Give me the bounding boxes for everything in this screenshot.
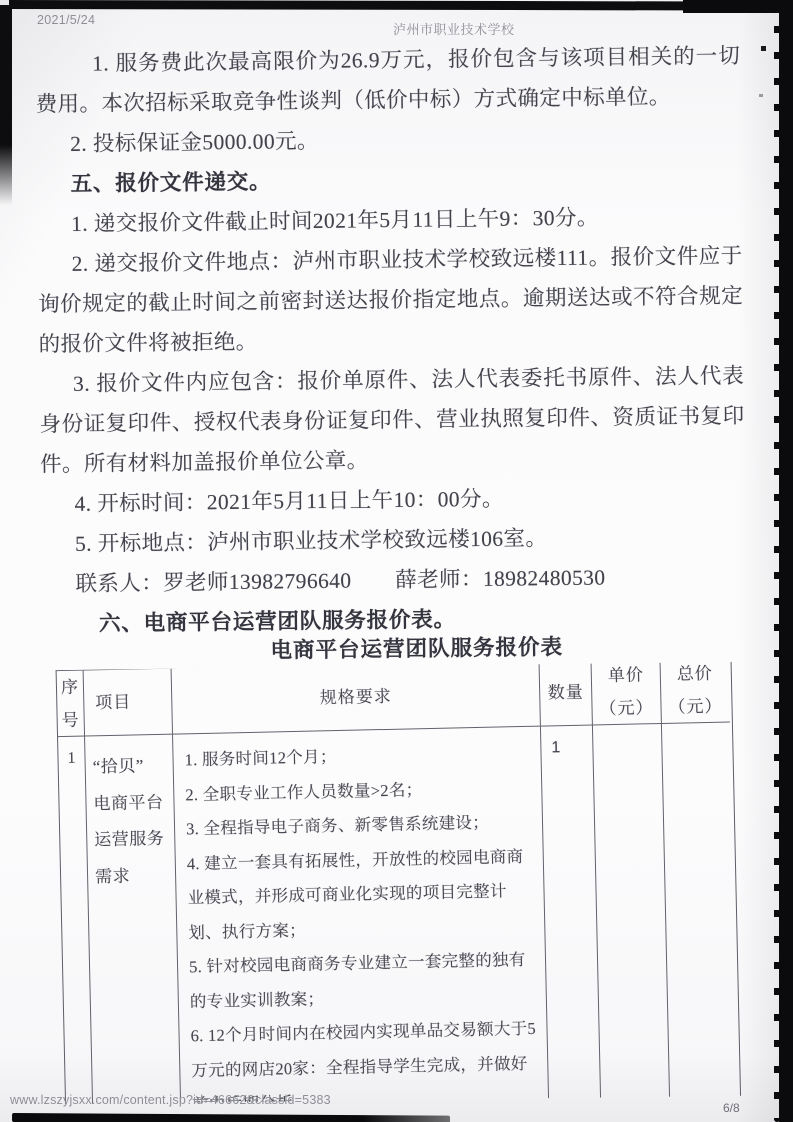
print-footer-url: www.lzszyjsxx.com/content.jsp?id=46662&c…: [10, 1093, 331, 1107]
row1-spec-item4: 4. 建立一套具有拓展性，开放性的校园电商商业模式，并形成可商业化实现的项目完整…: [186, 839, 536, 950]
row1-spec-item6: 6. 12个月时间内在校园内实现单品交易额大于5万元的网店20家：全程指导学生完…: [190, 1012, 540, 1105]
row1-item-line1: “拾贝”: [92, 748, 168, 786]
col-header-item-label: 项目: [95, 687, 132, 718]
document-body: 1. 服务费此次最高限价为26.9万元，报价包含与该项目相关的一切费用。本次招标…: [35, 36, 747, 645]
col-header-unit-price-line1: 单价: [607, 661, 644, 691]
col-header-item: 项目: [84, 669, 173, 737]
col-header-total-price-line1: 总价: [676, 661, 713, 690]
col-header-spec-label: 规格要求: [319, 681, 392, 713]
row1-spec: 1. 服务时间12个月； 2. 全职专业工作人员数量>2名； 3. 全程指导电子…: [173, 727, 549, 1105]
col-header-seq-line2: 号: [61, 703, 80, 736]
col-header-qty-label: 数量: [547, 677, 584, 708]
clause-submission-place: 2. 递交报价文件地点：泸州市职业技术学校致远楼111。报价文件应于询价规定的截…: [37, 236, 743, 365]
scan-content-layer: 1. 服务费此次最高限价为26.9万元，报价包含与该项目相关的一切费用。本次招标…: [0, 0, 793, 1122]
col-header-seq: 序 号: [57, 671, 85, 738]
row1-item-line3: 运营服务: [94, 821, 170, 859]
scanned-document-page: 2021/5/24 泸州市职业技术学校 1. 服务费此次最高限价为26.9万元，…: [0, 0, 793, 1122]
row1-item: “拾贝” 电商平台 运营服务 需求: [85, 735, 181, 1105]
col-header-unit-price-line2: （元）: [599, 691, 654, 725]
row1-item-line2: 电商平台: [93, 784, 169, 822]
col-header-total-price: 总价 （元）: [660, 661, 729, 724]
col-header-spec: 规格要求: [172, 661, 541, 734]
row1-spec-item5: 5. 针对校园电商商务专业建立一套完整的独有的专业实训教案；: [189, 943, 538, 1020]
quote-table-clip: 序 号 项目 规格要求 数量 单价 （元） 总价 （元）: [1, 661, 793, 1105]
quote-table: 序 号 项目 规格要求 数量 单价 （元） 总价 （元）: [56, 661, 742, 1105]
col-header-seq-line1: 序: [61, 670, 80, 703]
clause-document-contents: 3. 报价文件内应包含：报价单原件、法人代表委托书原件、法人代表身份证复印件、授…: [39, 356, 745, 485]
clause-service-fee: 1. 服务费此次最高限价为26.9万元，报价包含与该项目相关的一切费用。本次招标…: [35, 36, 741, 125]
col-header-qty: 数量: [539, 661, 592, 726]
row1-unit-price: [593, 724, 670, 1105]
col-header-total-price-line2: （元）: [668, 689, 723, 723]
col-header-unit-price: 单价 （元）: [591, 661, 661, 725]
print-footer-page-number: 6/8: [723, 1101, 740, 1115]
row1-total-price: [662, 722, 738, 1103]
row1-item-line4: 需求: [95, 857, 171, 895]
row1-qty: 1: [541, 725, 601, 1104]
